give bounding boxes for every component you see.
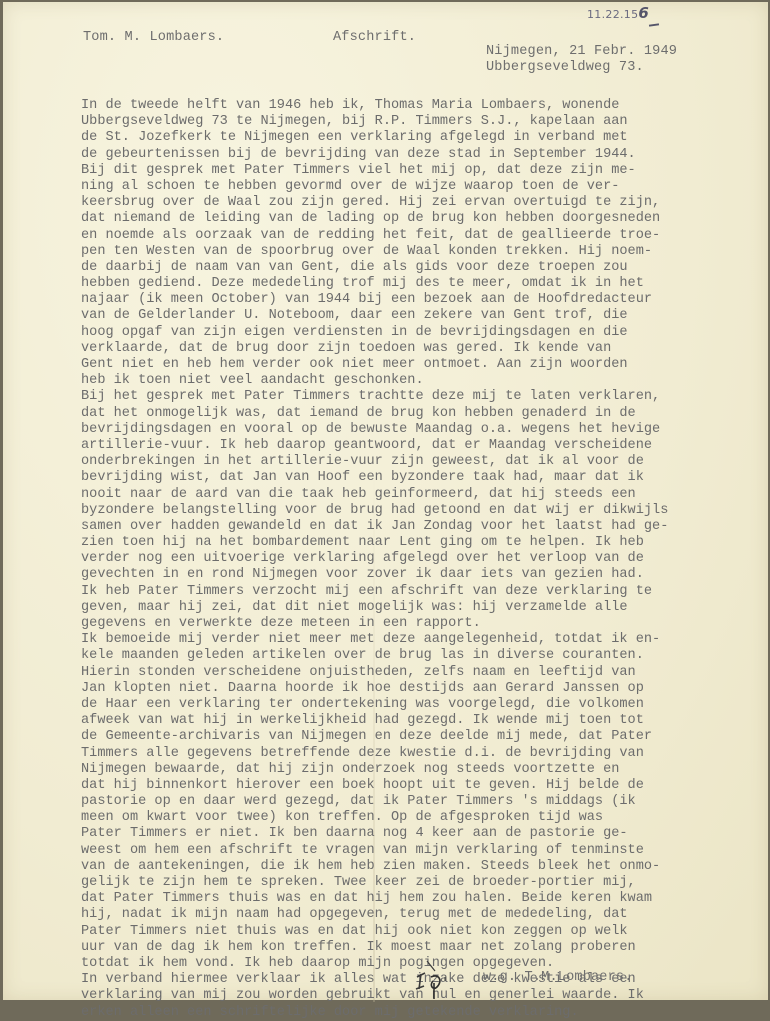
handwritten-initials-icon <box>413 959 449 999</box>
archive-number: 11.22.156 <box>587 4 649 22</box>
document-page: 11.22.156 Tom. M. Lombaers. Afschrift. N… <box>3 2 768 1000</box>
body-line: uur van de dag ik hem kon treffen. Ik mo… <box>81 940 761 956</box>
body-line: de St. Jozefkerk te Nijmegen een verklar… <box>81 130 761 146</box>
body-line: Jan klopten niet. Daarna hoorde ik hoe d… <box>81 681 761 697</box>
body-line: Timmers alle gegevens betreffende deze k… <box>81 746 761 762</box>
body-line: pastorie op en daar werd gezegd, dat ik … <box>81 794 761 810</box>
body-line: de daarbij de naam van van Gent, die als… <box>81 260 761 276</box>
body-line: van de Gelderlander U. Noteboom, daar ee… <box>81 308 761 324</box>
document-label: Afschrift. <box>333 30 416 45</box>
body-line: Ik heb Pater Timmers verzocht mij een af… <box>81 584 761 600</box>
body-line: dat Pater Timmers thuis was en dat hij h… <box>81 891 761 907</box>
body-line: hij, nadat ik mijn naam had opgegeven, t… <box>81 907 761 923</box>
archive-number-suffix: 6 <box>638 4 649 22</box>
body-line: Bij het gesprek met Pater Timmers tracht… <box>81 389 761 405</box>
body-line: meen om kwart voor twee) kon treffen. Op… <box>81 810 761 826</box>
body-line: bevrijding wist, dat Jan van Hoof een by… <box>81 470 761 486</box>
body-line: weest om hem een afschrift te vragen van… <box>81 843 761 859</box>
body-line: Pater Timmers niet thuis was en dat hij … <box>81 924 761 940</box>
sender-name: Tom. M. Lombaers. <box>83 30 224 45</box>
body-line: verder nog een uitvoerige verklaring afg… <box>81 551 761 567</box>
body-line: samen over hadden gewandeld en dat ik Ja… <box>81 519 761 535</box>
body-line: Ik bemoeide mij verder niet meer met dez… <box>81 632 761 648</box>
body-line: heb ik toen niet veel aandacht geschonke… <box>81 373 761 389</box>
place-date: Nijmegen, 21 Febr. 1949 <box>486 44 677 59</box>
body-line: geven, maar hij zei, dat dit niet mogeli… <box>81 600 761 616</box>
typed-signature: w.g. T.M.Lombaers. <box>483 970 633 985</box>
letter-body: In de tweede helft van 1946 heb ik, Thom… <box>81 98 761 1000</box>
body-line: Bij dit gesprek met Pater Timmers viel h… <box>81 163 761 179</box>
body-line: dat hij binnenkort hierover een boek hoo… <box>81 778 761 794</box>
body-line: Nijmegen bewaarde, dat hij zijn onderzoe… <box>81 762 761 778</box>
body-line: gevechten in en rond Nijmegen voor zover… <box>81 567 761 583</box>
body-line: Gent niet en heb hem verder ook niet mee… <box>81 357 761 373</box>
body-line: keersbrug over de Waal zou zijn gered. H… <box>81 195 761 211</box>
body-line: afweek van wat hij in werkelijkheid had … <box>81 713 761 729</box>
sender-address: Ubbergseveldweg 73. <box>486 60 644 75</box>
handwritten-tick-mark <box>649 23 659 26</box>
body-line: Hierin stonden verscheidene onjuistheden… <box>81 665 761 681</box>
body-line: de Haar een verklaring ter ondertekening… <box>81 697 761 713</box>
body-line: nooit naar de aard van die taak heb gein… <box>81 487 761 503</box>
body-line: Ubbergseveldweg 73 te Nijmegen, bij R.P.… <box>81 114 761 130</box>
body-line: najaar (ik meen October) van 1944 bij ee… <box>81 292 761 308</box>
body-line: hoog opgaf van zijn eigen verdiensten in… <box>81 325 761 341</box>
body-line: de gebeurtenissen bij de bevrijding van … <box>81 147 761 163</box>
body-line: van de aantekeningen, die ik hem heb zie… <box>81 859 761 875</box>
body-line: onderbrekingen in het artillerie-vuur zi… <box>81 454 761 470</box>
body-line: kele maanden geleden artikelen over de b… <box>81 648 761 664</box>
body-line: byzondere belangstelling voor de brug ha… <box>81 503 761 519</box>
archive-number-text: 11.22.15 <box>587 8 638 21</box>
body-line: gelijk te zijn hem te spreken. Twee keer… <box>81 875 761 891</box>
body-line: gegevens en verwerkte deze meteen in een… <box>81 616 761 632</box>
body-line: dat het onmogelijk was, dat iemand de br… <box>81 406 761 422</box>
body-line: Pater Timmers er niet. Ik ben daarna nog… <box>81 826 761 842</box>
body-line: hebben gediend. Deze mededeling trof mij… <box>81 276 761 292</box>
body-line: dat niemand de leiding van de lading op … <box>81 211 761 227</box>
body-line: ning al schoen te hebben gevormd over de… <box>81 179 761 195</box>
body-line: In de tweede helft van 1946 heb ik, Thom… <box>81 98 761 114</box>
body-line: verklaarde, dat de brug door zijn toedoe… <box>81 341 761 357</box>
body-line: en noemde als oorzaak van de redding het… <box>81 228 761 244</box>
body-line: pen ten Westen van de spoorbrug over de … <box>81 244 761 260</box>
body-line: artillerie-vuur. Ik heb daarop geantwoor… <box>81 438 761 454</box>
body-line: zien toen hij na het bombardement naar L… <box>81 535 761 551</box>
body-line: bevrijdingsdagen en vooral op de bewuste… <box>81 422 761 438</box>
body-line: de Gemeente-archivaris van Nijmegen en d… <box>81 729 761 745</box>
